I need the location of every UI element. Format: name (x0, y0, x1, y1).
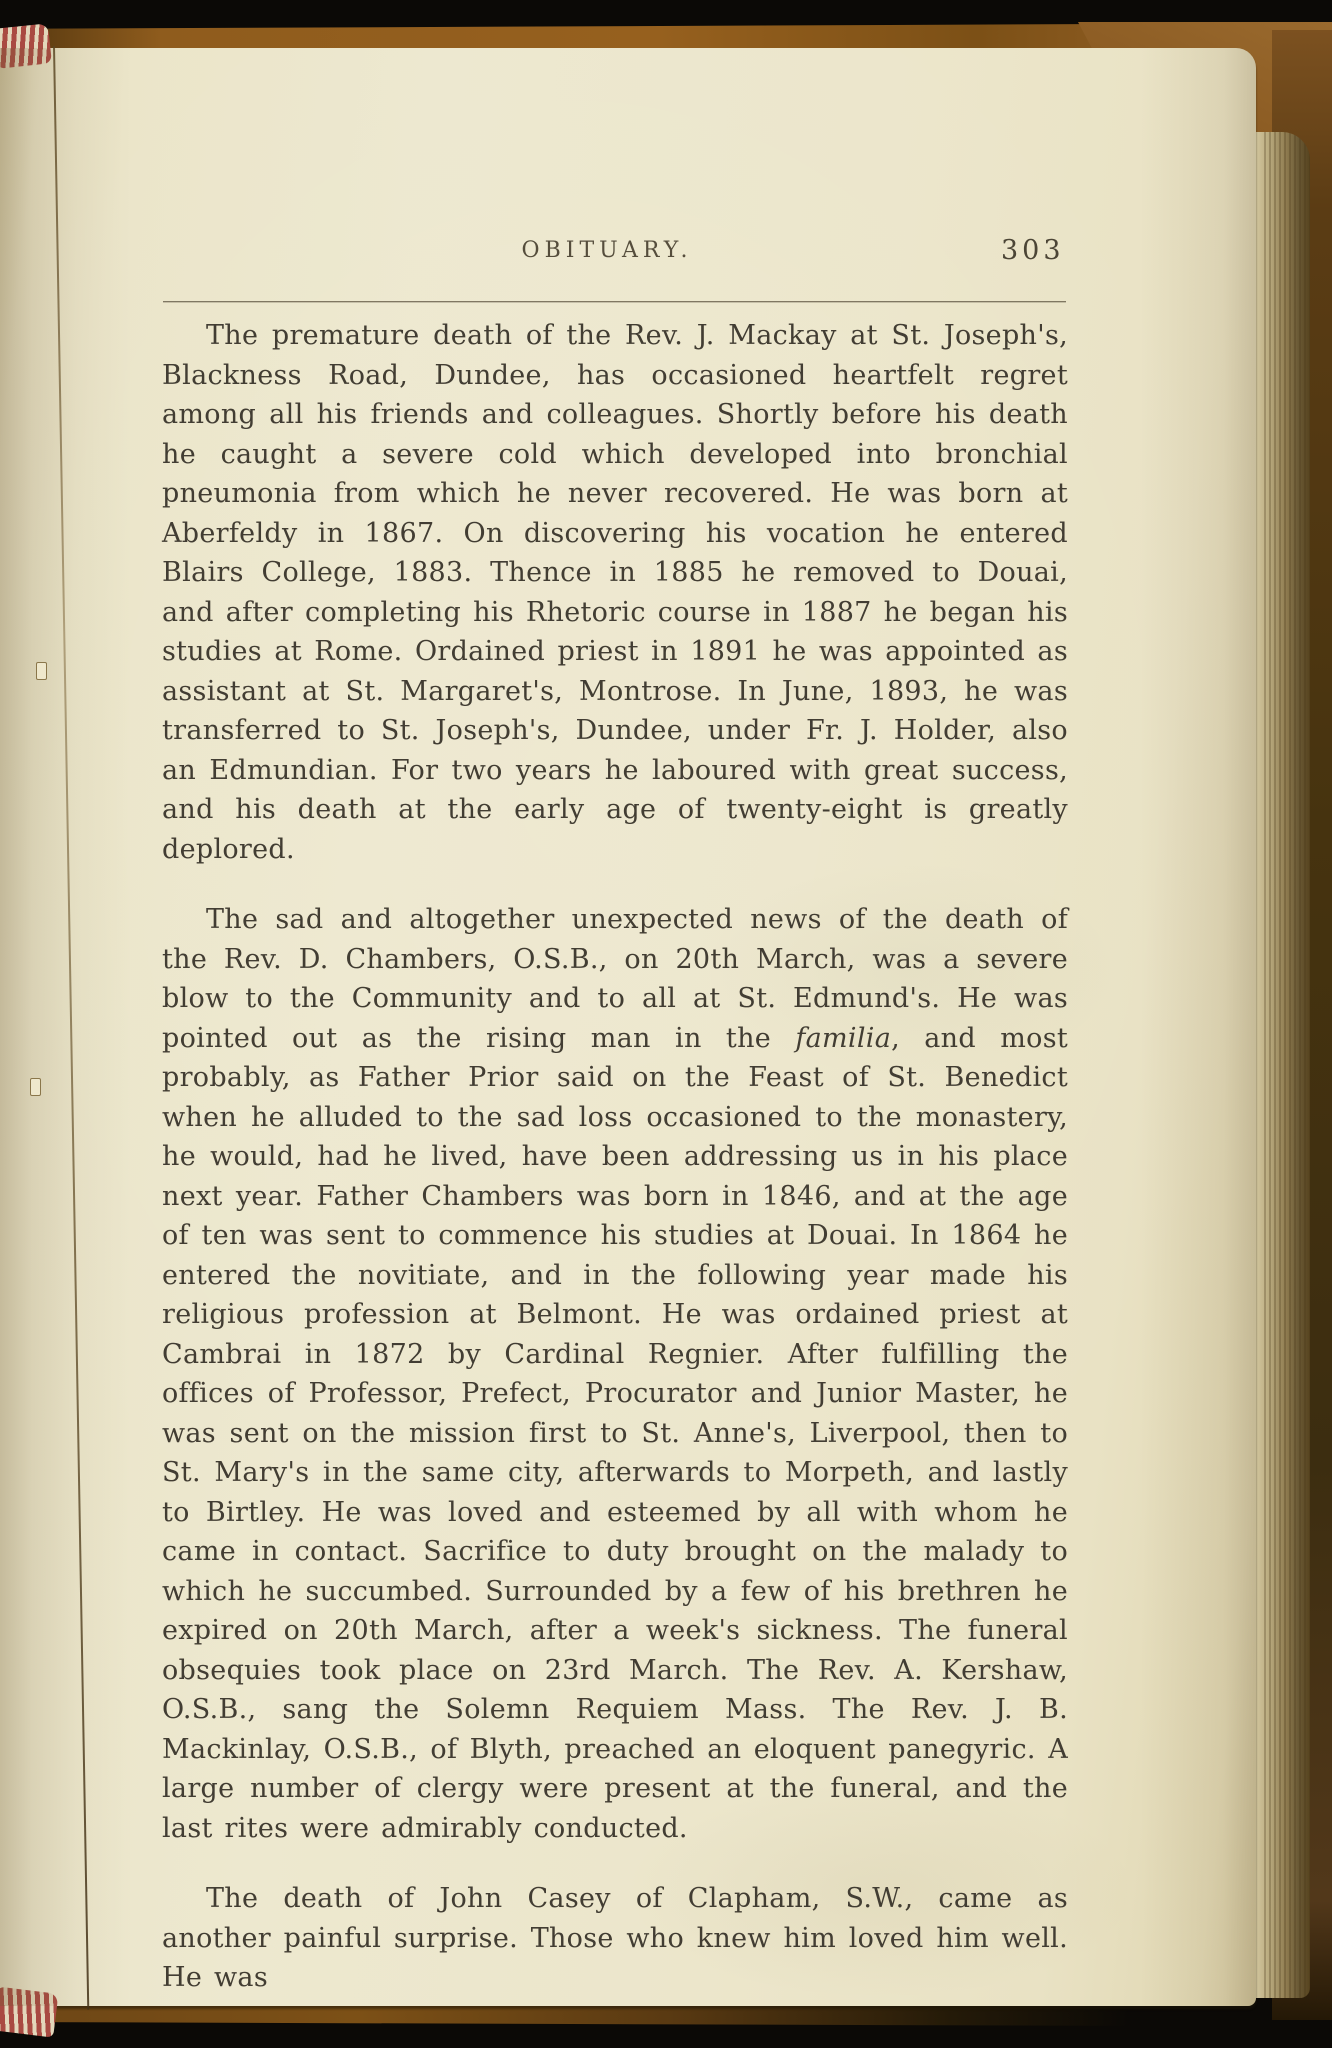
gutter-shadow (0, 48, 132, 2006)
paragraph-mackay-obituary: The premature death of the Rev. J. Macka… (162, 316, 1068, 869)
running-head: OBITUARY. (467, 238, 747, 263)
book-photograph: OBITUARY. 303 The premature death of the… (0, 0, 1332, 2048)
page-edge-shade (1140, 48, 1256, 2006)
binding-stitch (30, 1078, 41, 1096)
paragraph-chambers-obituary: The sad and altogether unexpected news o… (162, 900, 1068, 1848)
head-rule-divider (163, 301, 1066, 302)
binding-stitch (36, 662, 47, 680)
italic-word-familia: familia (795, 1023, 891, 1054)
page-number: 303 (1001, 235, 1065, 266)
paragraph-text-segment: , and most probably, as Father Prior sai… (162, 1023, 1068, 1844)
paragraph-casey-obituary: The death of John Casey of Clapham, S.W.… (162, 1879, 1068, 1998)
paragraph-text-segment: The premature death of the Rev. J. Macka… (162, 320, 1068, 865)
paragraph-text-segment: The death of John Casey of Clapham, S.W.… (162, 1883, 1068, 1993)
obituary-text-column: The premature death of the Rev. J. Macka… (162, 316, 1068, 2029)
